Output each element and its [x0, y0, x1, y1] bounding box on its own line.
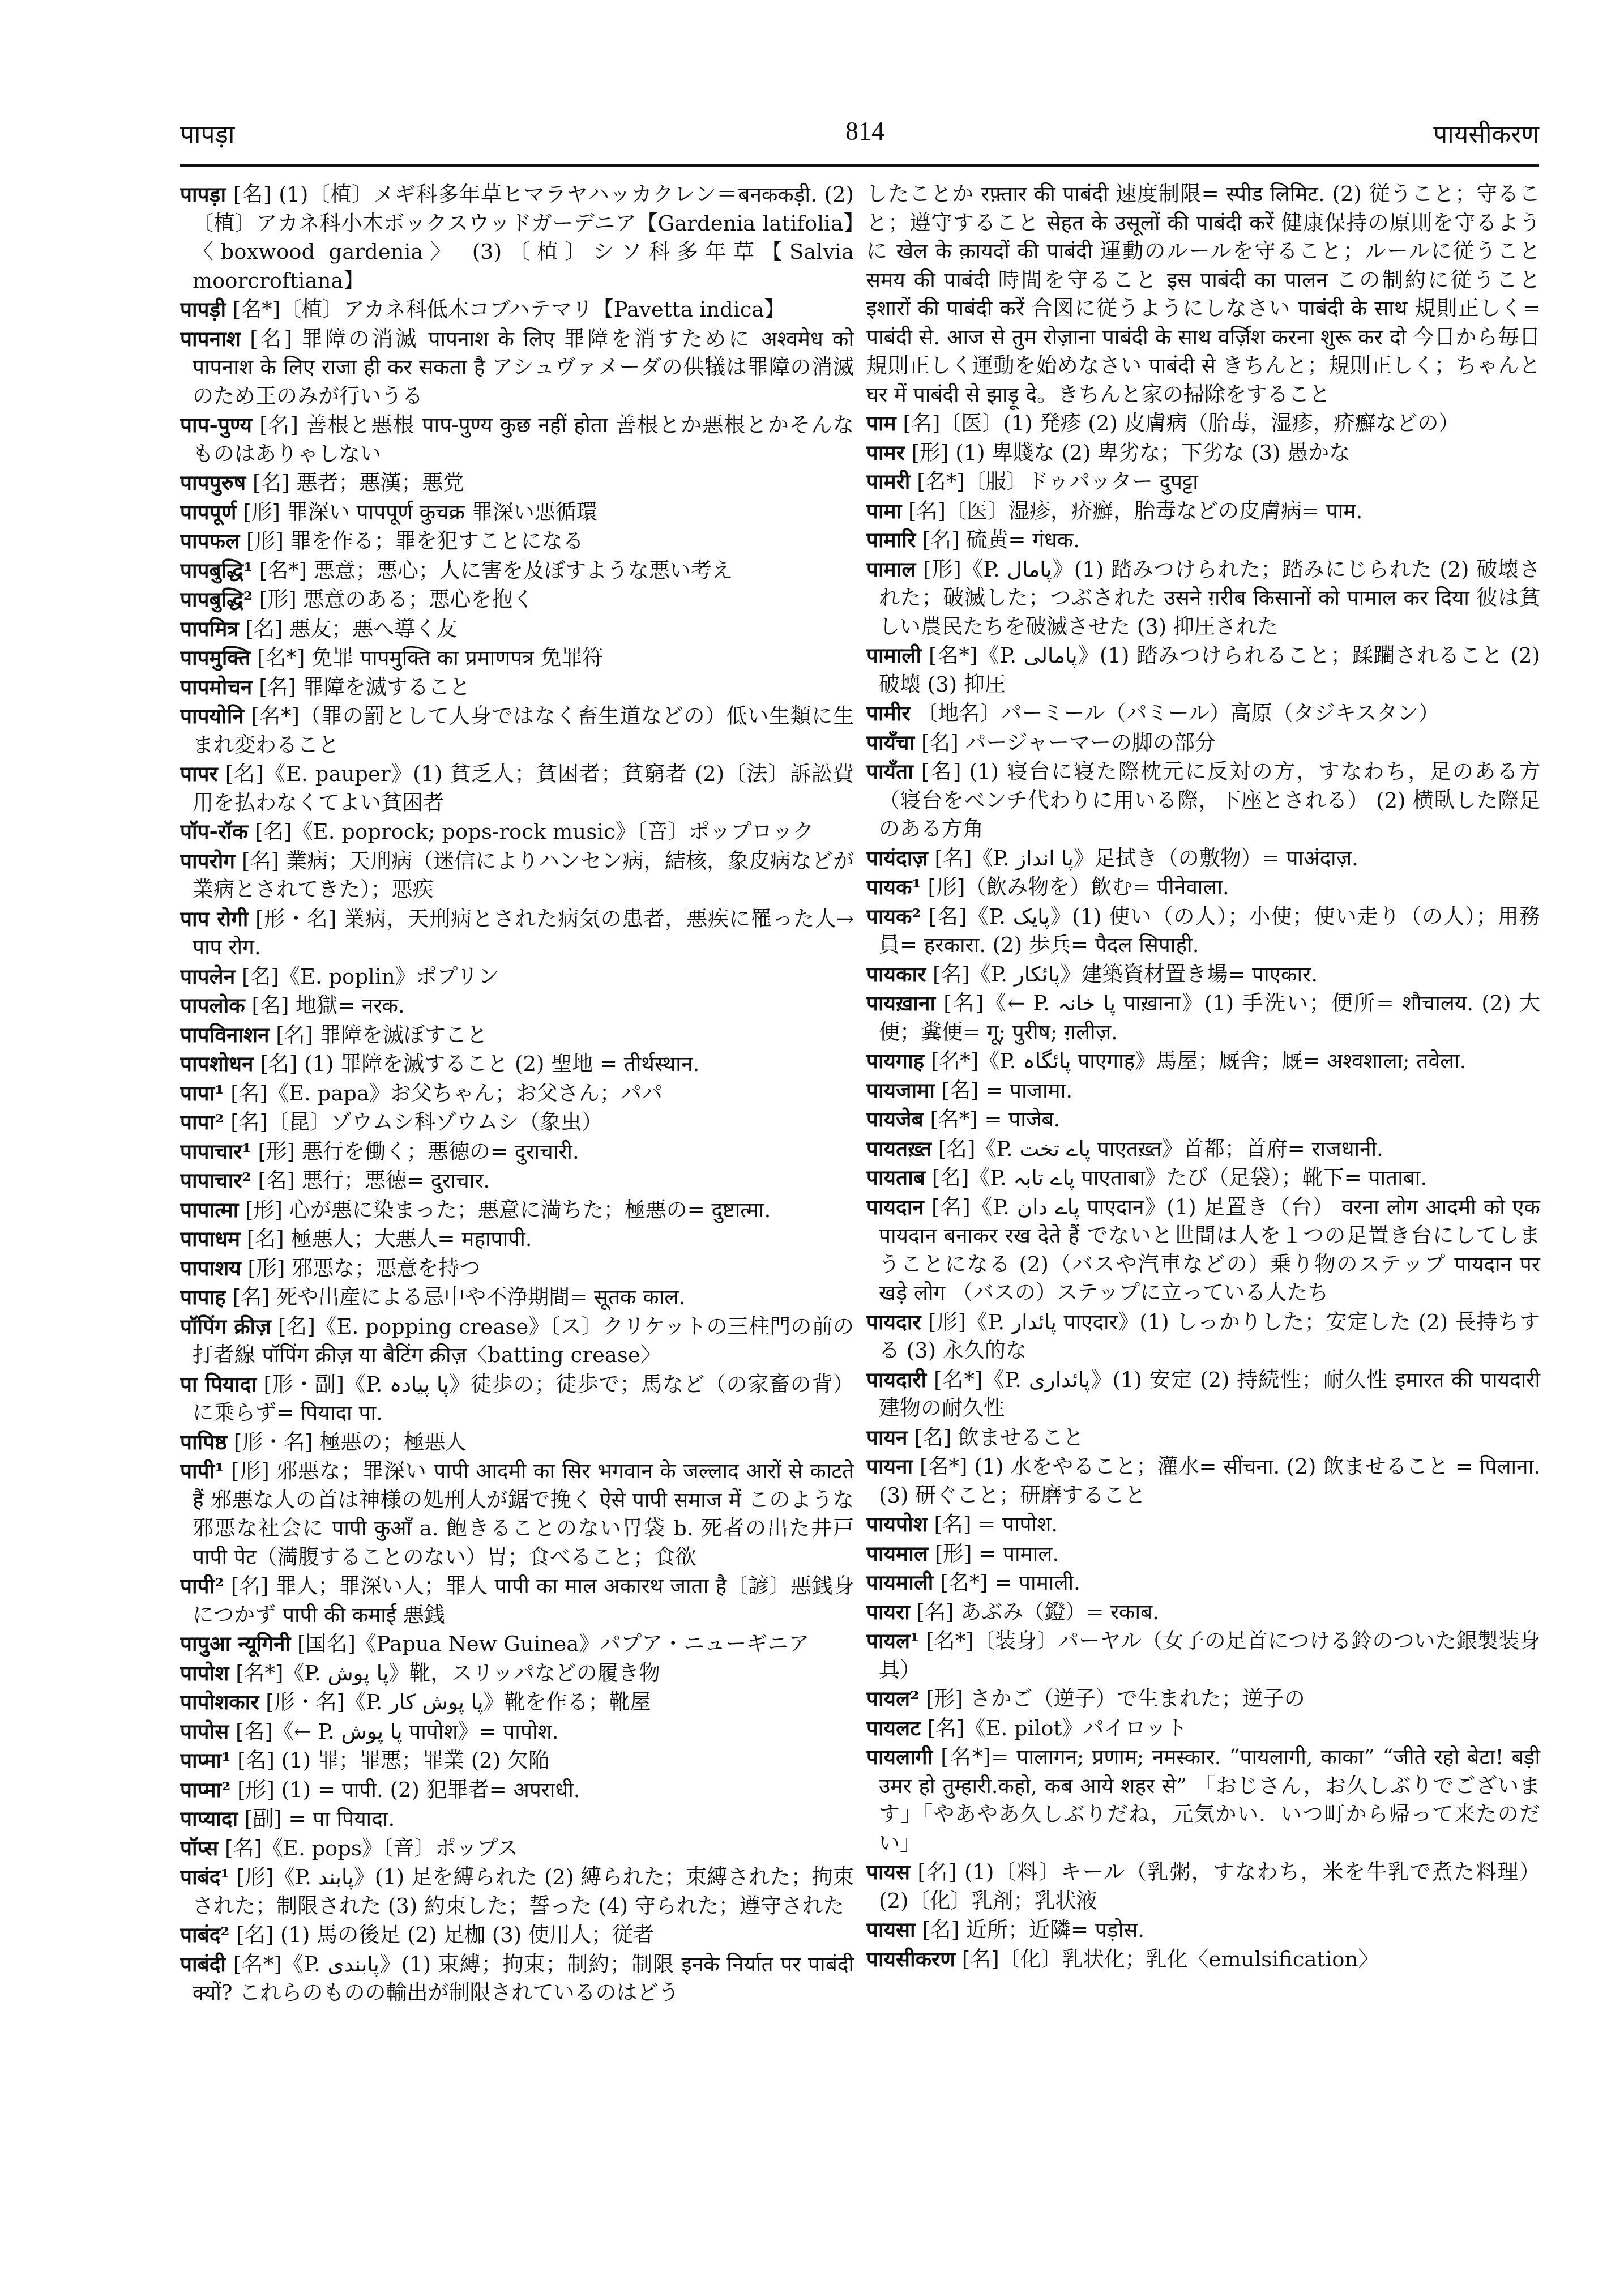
dictionary-entry: पापा² [名]〔昆〕ゾウムシ科ゾウムシ（象虫） [180, 1108, 854, 1137]
dictionary-entry: पाबंद² [名] (1) 馬の後足 (2) 足枷 (3) 使用人；従者 [180, 1920, 854, 1950]
entry-definition: [名]《E. pilot》パイロット [928, 1716, 1187, 1740]
dictionary-entry: पायँचा [名] パージャーマーの脚の部分 [866, 728, 1540, 758]
entry-headword: पापपूर्ण [180, 500, 236, 524]
entry-definition: [名] 善根と悪根 पाप-पुण्य कुछ नहीं होता 善根とか悪根… [193, 413, 854, 466]
entry-headword: पायन [866, 1425, 908, 1450]
dictionary-entry: पापविनाशन [名] 罪障を滅ぼすこと [180, 1021, 854, 1050]
dictionary-entry: पापबुद्धि² [形] 悪意のある；悪心を抱く [180, 585, 854, 614]
entry-headword: पापलोक [180, 993, 245, 1018]
entry-definition: [名] 地獄= नरक. [251, 993, 404, 1018]
entry-headword: पापबुद्धि¹ [180, 558, 253, 583]
dictionary-entry: पायस [名] (1)〔料〕キール（乳粥，すなわち，米を牛乳で煮た料理） (2… [866, 1858, 1540, 1915]
entry-headword: पापात्मा [180, 1197, 238, 1222]
dictionary-entry: पापयोनि [名*]（罪の罰として人身ではなく畜生道などの）低い生類に生まれ… [180, 702, 854, 759]
entry-definition: [名]〔化〕乳状化；乳化〈emulsification〉 [962, 1947, 1379, 1971]
entry-definition: [名] (1) 寝台に寝た際枕元に反対の方，すなわち，足のある方（寝台をベンチ代… [879, 759, 1540, 841]
entry-headword: पॉपिंग क्रीज़ [180, 1314, 271, 1339]
dictionary-entry: पाप्मा² [形] (1) = पापी. (2) 犯罪者= अपराधी. [180, 1775, 854, 1805]
entry-definition: [形] 心が悪に染まった；悪意に満ちた；極悪の= दुष्टात्मा. [245, 1198, 771, 1222]
dictionary-entry: पापबुद्धि¹ [名*] 悪意；悪心；人に害を及ぼすような悪い考え [180, 556, 854, 586]
entry-definition: [名] 硫黄= गंधक. [922, 528, 1080, 552]
entry-definition: [名]《E. poprock; pops-rock music》〔音〕ポップロッ… [255, 820, 814, 844]
entry-headword: पाबंद² [180, 1922, 230, 1947]
entry-definition: [名]《← P. پا خانہ पाख़ाना》(1) 手洗い；便所= शौच… [879, 991, 1540, 1044]
dictionary-entry: पायलागी [名*]= पालागन; प्रणाम; नमस्कार. “… [866, 1743, 1540, 1858]
entry-definition: [名]《P. پاے دان पाएदान》(1) 足置き（台） वरना लो… [879, 1195, 1540, 1305]
entry-definition: [名] 罪人；罪深い人；罪人 पापी का माल अकारथ जाता है… [193, 1574, 854, 1627]
entry-headword: पापाचार¹ [180, 1139, 251, 1164]
entry-headword: पापड़ी [180, 297, 226, 322]
entry-definition: [名] 悪友；悪へ導く友 [246, 617, 458, 641]
entry-definition: [名]〔昆〕ゾウムシ科ゾウムシ（象虫） [230, 1110, 602, 1134]
entry-headword: पापनाश [180, 326, 241, 351]
entry-definition: [名]《E. pops》〔音〕ポップス [225, 1836, 518, 1860]
entry-headword: पामरी [866, 469, 910, 494]
dictionary-entry: पाप-पुण्य [名] 善根と悪根 पाप-पुण्य कुछ नहीं ह… [180, 411, 854, 468]
dictionary-entry: पापा¹ [名]《E. papa》お父ちゃん；お父さん；パパ [180, 1079, 854, 1108]
entry-headword: पायजेब [866, 1107, 924, 1132]
dictionary-entry: पापलेन [名]《E. poplin》ポプリン [180, 962, 854, 992]
entry-headword: पायक¹ [866, 874, 921, 899]
entry-definition: [副] = पा पियादा. [245, 1807, 395, 1831]
entry-headword: पापोस [180, 1719, 229, 1744]
dictionary-entry: पायदार [形]《P. پائدار पाएदार》(1) しっかりした；安… [866, 1308, 1540, 1365]
entry-headword: पायदान [866, 1194, 924, 1219]
dictionary-entry: पापाह [名] 死や出産による忌中や不浄期間= सूतक काल. [180, 1283, 854, 1312]
entry-definition: [名] (1) 罪；罪悪；罪業 (2) 欠陥 [237, 1748, 549, 1773]
dictionary-entry: पायन [名] 飲ませること [866, 1423, 1540, 1453]
entry-definition: [形]《P. پابند》(1) 足を縛られた (2) 縛られた；束縛された；拘… [193, 1865, 854, 1918]
entry-definition: [名] 悪行；悪徳= दुराचार. [258, 1168, 490, 1193]
entry-headword: पापी¹ [180, 1458, 224, 1483]
dictionary-entry: पायतख़्त [名]《P. پاے تخت पाएतख़्त》首都；首府= … [866, 1134, 1540, 1164]
dictionary-entry: पायरा [名] あぶみ（鐙）= रकाब. [866, 1598, 1540, 1627]
dictionary-entry: पामीर 〔地名〕パーミール（パミール）高原（タジキスタン） [866, 699, 1540, 728]
dictionary-entry: पापी¹ [形] 邪悪な；罪深い पापी आदमी का सिर भगवान… [180, 1457, 854, 1572]
entry-definition: [名]《E. pauper》(1) 貧乏人；貧困者；貧窮者 (2)〔法〕訴訟費用… [193, 762, 854, 815]
entry-definition: [名] (1) 馬の後足 (2) 足枷 (3) 使用人；従者 [236, 1923, 654, 1947]
entry-definition: [名] 罪障を滅ぼすこと [276, 1023, 488, 1047]
entry-definition: [形・名] 業病，天刑病とされた病気の患者，悪疾に罹った人→ पाप रोग. [193, 907, 854, 960]
dictionary-entry: पामारि [名] 硫黄= गंधक. [866, 526, 1540, 555]
entry-headword: पापमित्र [180, 616, 239, 641]
dictionary-entry: पापी² [名] 罪人；罪深い人；罪人 पापी का माल अकारथ ज… [180, 1572, 854, 1629]
dictionary-entry: पायगाह [名*]《P. پائگاہ पाएगाह》馬屋；厩舎；厩= अश… [866, 1047, 1540, 1076]
entry-definition: [名] (1) 罪障を滅すること (2) 聖地 = तीर्थस्थान. [260, 1052, 699, 1076]
entry-definition: [名]《P. پا انداز》足拭き（の敷物）= पाअंदाज़. [935, 846, 1358, 870]
entry-definition: [名] 罪障を滅すること [259, 675, 471, 699]
entry-definition: [名*] 悪意；悪心；人に害を及ぼすような悪い考え [259, 558, 733, 583]
guide-word-right: पायसीकरण [1433, 116, 1539, 150]
entry-headword: पापा² [180, 1109, 224, 1134]
dictionary-entry: पामाल [形]《P. پامال》(1) 踏みつけられた；踏みにじられた (… [866, 555, 1540, 642]
entry-headword: पॉप्स [180, 1836, 218, 1860]
entry-headword: पापशोधन [180, 1051, 254, 1076]
dictionary-entry: पापमित्र [名] 悪友；悪へ導く友 [180, 614, 854, 644]
dictionary-entry: पापड़ी [名*]〔植〕アカネ科低木コブハテマリ【Pavetta indic… [180, 295, 854, 325]
dictionary-entry: पापनाश [名] 罪障の消滅 पापनाश के लिए 罪障を消すために … [180, 325, 854, 411]
dictionary-entry: पापशोधन [名] (1) 罪障を滅すること (2) 聖地 = तीर्थस… [180, 1049, 854, 1079]
guide-word-left: पापड़ा [180, 116, 234, 150]
dictionary-entry: पायसा [名] 近所；近隣= पड़ोस. [866, 1915, 1540, 1945]
entry-definition: [名]《E. popping crease》〔ス〕クリケットの三柱門の前の打者線… [193, 1314, 854, 1368]
dictionary-entry: पापड़ा [名] (1)〔植〕メギ科多年草ヒマラヤハッカクレン＝बनककड़… [180, 180, 854, 295]
dictionary-entry: पायमाली [名*] = पामाली. [866, 1568, 1540, 1598]
entry-definition: [名] = पाजामा. [942, 1078, 1073, 1103]
entry-definition: [名*]《P. پابندی》(1) 束縛；拘束；制約；制限 इनके निर्… [193, 1952, 854, 2005]
entry-definition: [名*]= पालागन; प्रणाम; नमस्कार. “पायलागी,… [879, 1745, 1540, 1855]
entry-definition: [名] 死や出産による忌中や不浄期間= सूतक काल. [233, 1285, 686, 1309]
dictionary-entry: पामरी [名*]〔服〕ドゥパッター दुपट्टा [866, 467, 1540, 497]
entry-headword: पायक² [866, 904, 921, 929]
entry-headword: पाप रोगी [180, 906, 248, 931]
entry-headword: पायसा [866, 1917, 916, 1942]
dictionary-entry: पायना [名*] (1) 水をやること；灌水= सींचना. (2) 飲ま… [866, 1452, 1540, 1510]
dictionary-entry: पाम [名]〔医〕(1) 発疹 (2) 皮膚病（胎毒，湿疹，疥癬などの） [866, 409, 1540, 438]
entry-definition: [名]〔医〕(1) 発疹 (2) 皮膚病（胎毒，湿疹，疥癬などの） [903, 411, 1460, 436]
dictionary-entry: पापुआ न्यूगिनी [国名]《Papua New Guinea》パプア… [180, 1629, 854, 1659]
dictionary-entry: पापाधम [名] 極悪人；大悪人= महापापी. [180, 1224, 854, 1254]
entry-definition: [名*] 免罪 पापमुक्ति का प्रमाणपत्र 免罪符 [257, 646, 603, 670]
dictionary-entry: पा पियादा [形・副]《P. پا پیادہ》徒歩の；徒歩で；馬など（… [180, 1370, 854, 1428]
entry-headword: पापाधम [180, 1226, 240, 1251]
entry-headword: पामाल [866, 557, 916, 582]
dictionary-entry: पापफल [形] 罪を作る；罪を犯すことになる [180, 527, 854, 556]
entry-definition: [形] 邪悪な；罪深い पापी आदमी का सिर भगवान के जल… [193, 1459, 854, 1569]
dictionary-entry: पायकार [名]《P. پائکار》建築資材置き場= पाएकार. [866, 960, 1540, 989]
entry-definition: [名]《P. پائکار》建築資材置き場= पाएकार. [933, 962, 1318, 987]
entry-headword: पायपोश [866, 1512, 928, 1536]
entry-definition: [形] 邪悪な；悪意を持つ [248, 1256, 481, 1281]
entry-definition: [形・名] 極悪の；極悪人 [234, 1430, 467, 1454]
entry-headword: पापफल [180, 528, 240, 553]
entry-definition: [形] (1) 卑賤な (2) 卑劣な；下劣な (3) 愚かな [912, 441, 1351, 465]
dictionary-entry: पामा [名]〔医〕湿疹，疥癬，胎毒などの皮膚病= पाम. [866, 497, 1540, 526]
entry-definition: [形] 悪行を働く；悪徳の= दुराचारी. [258, 1139, 579, 1164]
dictionary-entry: पायमाल [形] = पामाल. [866, 1539, 1540, 1569]
dictionary-entry: पायदारी [名*]《P. پائداری》(1) 安定 (2) 持続性；耐… [866, 1365, 1540, 1423]
dictionary-entry: पायदान [名]《P. پاے دان पाएदान》(1) 足置き（台） … [866, 1193, 1540, 1308]
entry-definition: [名*]《P. پائگاہ पाएगाह》馬屋；厩舎；厩= अश्वशाला;… [931, 1049, 1467, 1073]
entry-definition: [名]《P. پاے تخت पाएतख़्त》首都；首府= राजधानी. [938, 1137, 1383, 1161]
dictionary-entry: पायताब [名]《P. پاے تابہ पाएताबा》たび（足袋）；靴下… [866, 1163, 1540, 1193]
entry-headword: पापोश [180, 1661, 229, 1685]
entry-headword: पायँता [866, 759, 913, 784]
entry-headword: पामारि [866, 527, 916, 552]
entry-definition: [国名]《Papua New Guinea》パプア・ニューギニア [297, 1632, 809, 1656]
entry-headword: पायकार [866, 962, 926, 987]
entry-headword: पापपुरुष [180, 470, 246, 495]
entry-headword: पापमुक्ति [180, 645, 250, 670]
entry-headword: पायख़ाना [866, 991, 935, 1015]
entry-definition: [名] 極悪人；大悪人= महापापी. [247, 1227, 532, 1251]
dictionary-entry: पामाली [名*]《P. پامالی》(1) 踏みつけられること；蹂躙され… [866, 641, 1540, 699]
entry-definition: [形] 罪深い पापपूर्ण कुचक्र 罪深い悪循環 [243, 500, 597, 524]
entry-definition: [名] 業病；天刑病（迷信によりハンセン病，結核，象皮病などが業病とされてきた）… [193, 849, 854, 902]
entry-definition: [名*]〔装身〕パーヤル（女子の足首につける鈴のついた銀製装身具） [879, 1629, 1540, 1682]
dictionary-entry: पायलट [名]《E. pilot》パイロット [866, 1714, 1540, 1743]
entry-headword: पायदार [866, 1309, 921, 1334]
entry-headword: पापुआ न्यूगिनी [180, 1631, 290, 1656]
entry-definition: [形]《P. پامال》(1) 踏みつけられた；踏みにじられた (2) 破壊さ… [879, 557, 1540, 639]
dictionary-entry: पापमुक्ति [名*] 免罪 पापमुक्ति का प्रमाणपत्… [180, 643, 854, 673]
dictionary-entry: पापपूर्ण [形] 罪深い पापपूर्ण कुचक्र 罪深い悪循環 [180, 498, 854, 527]
dictionary-entry: पापोशकार [形・名]《P. پا پوش کار》靴を作る；靴屋 [180, 1688, 854, 1717]
dictionary-entry: पाप रोगी [形・名] 業病，天刑病とされた病気の患者，悪疾に罹った人→ … [180, 904, 854, 962]
dictionary-entry: पापात्मा [形] 心が悪に染まった；悪意に満ちた；極悪の= दुष्टा… [180, 1196, 854, 1225]
dictionary-entry: पाबंदी [名*]《P. پابندی》(1) 束縛；拘束；制約；制限 इन… [180, 1950, 854, 2008]
entry-headword: पामा [866, 498, 901, 523]
entry-headword: पायस [866, 1859, 910, 1884]
entry-definition: [名]《← P. پا پوش पापोश》= पापोश. [236, 1719, 559, 1744]
entry-headword: पायगाह [866, 1048, 924, 1073]
entry-definition: [名*]〔植〕アカネ科低木コブハテマリ【Pavetta indica】 [233, 297, 785, 322]
entry-headword: पाप-पुण्य [180, 412, 252, 437]
entry-definition: [名*]（罪の罰として人身ではなく畜生道などの）低い生類に生まれ変わること [193, 704, 854, 757]
entry-headword: पायना [866, 1454, 913, 1479]
entry-headword: पा पियादा [180, 1372, 257, 1397]
entry-definition: [名]《P. پایک》(1) 使い（の人）；小使；使い走り（の人）；用務員= … [879, 904, 1540, 958]
dictionary-entry: पाबंद¹ [形]《P. پابند》(1) 足を縛られた (2) 縛られた；… [180, 1863, 854, 1920]
page-number: 814 [845, 116, 884, 146]
entry-headword: पामाली [866, 643, 921, 668]
entry-headword: पामर [866, 440, 905, 465]
entry-headword: पापड़ा [180, 182, 226, 207]
entry-definition: [名] = पापोश. [934, 1512, 1058, 1536]
dictionary-entry: पापरोग [名] 業病；天刑病（迷信によりハンセン病，結核，象皮病などが業病… [180, 847, 854, 904]
entry-headword: पापयोनि [180, 703, 244, 728]
entry-definition: [名]〔医〕湿疹，疥癬，胎毒などの皮膚病= पाम. [908, 499, 1362, 523]
entry-headword: पाम [866, 411, 896, 436]
dictionary-entry: पापाचार¹ [形] 悪行を働く；悪徳の= दुराचारी. [180, 1137, 854, 1167]
entry-definition: [名] (1)〔料〕キール（乳粥，すなわち，米を牛乳で煮た料理） (2)〔化〕乳… [879, 1860, 1540, 1913]
dictionary-entry: पॉपिंग क्रीज़ [名]《E. popping crease》〔ス〕ク… [180, 1312, 854, 1370]
dictionary-entry: पायल¹ [名*]〔装身〕パーヤル（女子の足首につける鈴のついた銀製装身具） [866, 1627, 1540, 1684]
entry-headword: पापमोचन [180, 675, 252, 699]
dictionary-entry: पामर [形] (1) 卑賤な (2) 卑劣な；下劣な (3) 愚かな [866, 438, 1540, 468]
entry-definition: したことか रफ़्तार की पाबंदी 速度制限= स्पीड लिमि… [866, 182, 1540, 407]
entry-headword: पायमाली [866, 1570, 933, 1595]
dictionary-entry: पापिष्ठ [形・名] 極悪の；極悪人 [180, 1428, 854, 1457]
entry-headword: पाप्मा¹ [180, 1748, 230, 1773]
entry-headword: पापा¹ [180, 1081, 224, 1106]
dictionary-entry: पापोश [名*]《P. پا پوش》靴，スリッパなどの履き物 [180, 1659, 854, 1688]
entry-headword: पायलट [866, 1715, 921, 1740]
dictionary-entry: पायंदाज़ [名]《P. پا انداز》足拭き（の敷物）= पाअंद… [866, 844, 1540, 873]
dictionary-entry: पायल² [形] さかご（逆子）で生まれた；逆子の [866, 1684, 1540, 1714]
entry-definition: [名*] = पाजेब. [930, 1107, 1060, 1132]
entry-definition: [名] 悪者；悪漢；悪党 [253, 471, 464, 495]
entry-definition: [形] (1) = पापी. (2) 犯罪者= अपराधी. [237, 1778, 580, 1802]
entry-headword: पापाशय [180, 1256, 241, 1281]
entry-definition: [名]《E. poplin》ポプリン [242, 964, 499, 989]
entry-headword: पापविनाशन [180, 1022, 270, 1047]
entry-headword: पापोशकार [180, 1689, 259, 1714]
entry-headword: पायजामा [866, 1078, 935, 1103]
entry-headword: पायसीकरण [866, 1947, 955, 1971]
dictionary-entry: पॉप्स [名]《E. pops》〔音〕ポップス [180, 1834, 854, 1863]
dictionary-entry: पायख़ाना [名]《← P. پا خانہ पाख़ाना》(1) 手洗… [866, 989, 1540, 1047]
entry-headword: पापलेन [180, 964, 235, 989]
left-column: पापड़ा [名] (1)〔植〕メギ科多年草ヒマラヤハッカクレン＝बनककड़… [180, 180, 854, 2008]
entry-headword: पापरोग [180, 848, 235, 873]
dictionary-entry: पापाचार² [名] 悪行；悪徳= दुराचार. [180, 1166, 854, 1196]
entry-definition: [名*]《P. پامالی》(1) 踏みつけられること；蹂躙されること (2)… [879, 643, 1540, 697]
entry-headword: पापी² [180, 1573, 224, 1598]
entry-headword: पामीर [866, 701, 910, 725]
entry-definition: 〔地名〕パーミール（パミール）高原（タジキスタン） [917, 701, 1439, 725]
entry-headword: पापर [180, 761, 218, 786]
dictionary-entry: पॉप-रॉक [名]《E. poprock; pops-rock music》… [180, 817, 854, 847]
entry-definition: [名] あぶみ（鐙）= रकाब. [917, 1600, 1159, 1624]
entry-headword: पाबंद¹ [180, 1864, 230, 1889]
entry-headword: पायल² [866, 1686, 919, 1711]
entry-headword: पाप्मा² [180, 1777, 230, 1802]
entry-headword: पायल¹ [866, 1628, 919, 1653]
entry-headword: पाप्यादा [180, 1806, 238, 1831]
entry-definition: [形] 悪意のある；悪心を抱く [259, 587, 534, 612]
entry-headword: पायँचा [866, 730, 914, 755]
entry-definition: [名]《P. پاے تابہ पाएताबा》たび（足袋）；靴下= पाताब… [932, 1166, 1428, 1190]
entry-definition: [形] さかご（逆子）で生まれた；逆子の [926, 1687, 1305, 1711]
entry-definition: [名*]《P. پائداری》(1) 安定 (2) 持続性；耐久性 इमारत… [879, 1368, 1540, 1421]
dictionary-entry: पायक² [名]《P. پایک》(1) 使い（の人）；小使；使い走り（の人）… [866, 902, 1540, 960]
entry-definition: [形]（飲み物を）飲む= पीनेवाला. [928, 875, 1229, 899]
entry-headword: पायरा [866, 1599, 910, 1624]
entry-definition: [形]《P. پائدار पाएदार》(1) しっかりした；安定した (2)… [879, 1310, 1540, 1363]
entry-headword: पापाचार² [180, 1168, 251, 1193]
dictionary-entry: したことか रफ़्तार की पाबंदी 速度制限= स्पीड लिमि… [866, 180, 1540, 409]
page-header: पापड़ा 814 पायसीकरण [180, 110, 1539, 156]
entry-headword: पायमाल [866, 1541, 928, 1566]
entry-headword: पापाह [180, 1284, 226, 1309]
entry-definition: [形・副]《P. پا پیادہ》徒歩の；徒歩で；馬など（の家畜の背）に乗らず… [193, 1372, 854, 1425]
entry-definition: [名] (1)〔植〕メギ科多年草ヒマラヤハッカクレン＝बनककड़ी. (2)〔… [193, 182, 854, 293]
entry-headword: पायदारी [866, 1367, 926, 1392]
entry-definition: [名*] = पामाली. [940, 1570, 1080, 1595]
entry-definition: [名*]〔服〕ドゥパッター दुपट्टा [917, 470, 1198, 494]
entry-definition: [形] 罪を作る；罪を犯すことになる [246, 529, 584, 553]
dictionary-entry: पायजेब [名*] = पाजेब. [866, 1105, 1540, 1134]
right-column: したことか रफ़्तार की पाबंदी 速度制限= स्पीड लिमि… [866, 180, 1540, 1974]
entry-headword: पाबंदी [180, 1952, 226, 1977]
dictionary-entry: पापर [名]《E. pauper》(1) 貧乏人；貧困者；貧窮者 (2)〔法… [180, 759, 854, 817]
dictionary-entry: पायजामा [名] = पाजामा. [866, 1076, 1540, 1106]
entry-definition: [名]《E. papa》お父ちゃん；お父さん；パパ [230, 1081, 663, 1106]
dictionary-entry: पायक¹ [形]（飲み物を）飲む= पीनेवाला. [866, 873, 1540, 902]
entry-definition: [形・名]《P. پا پوش کار》靴を作る；靴屋 [266, 1690, 651, 1714]
entry-headword: पायताब [866, 1165, 925, 1190]
entry-headword: पॉप-रॉक [180, 819, 248, 844]
entry-headword: पायलागी [866, 1744, 933, 1769]
header-rule [180, 164, 1539, 167]
entry-definition: [形] = पामाल. [935, 1542, 1059, 1566]
dictionary-entry: पाप्मा¹ [名] (1) 罪；罪悪；罪業 (2) 欠陥 [180, 1746, 854, 1775]
entry-definition: [名] パージャーマーの脚の部分 [921, 731, 1216, 755]
dictionary-entry: पाप्यादा [副] = पा पियादा. [180, 1804, 854, 1834]
entry-headword: पायंदाज़ [866, 846, 928, 870]
dictionary-entry: पापमोचन [名] 罪障を滅すること [180, 673, 854, 702]
entry-definition: [名*]《P. پا پوش》靴，スリッパなどの履き物 [236, 1661, 660, 1685]
entry-headword: पायतख़्त [866, 1136, 931, 1161]
entry-definition: [名*] (1) 水をやること；灌水= सींचना. (2) 飲ませること =… [879, 1454, 1540, 1508]
dictionary-entry: पापाशय [形] 邪悪な；悪意を持つ [180, 1254, 854, 1283]
entry-definition: [名] 近所；近隣= पड़ोस. [922, 1918, 1144, 1942]
dictionary-entry: पापलोक [名] 地獄= नरक. [180, 991, 854, 1021]
dictionary-entry: पापोस [名]《← P. پا پوش पापोश》= पापोश. [180, 1717, 854, 1747]
dictionary-entry: पायसीकरण [名]〔化〕乳状化；乳化〈emulsification〉 [866, 1945, 1540, 1974]
entry-definition: [名] 罪障の消滅 पापनाश के लिए 罪障を消すために अश्वमेध… [193, 327, 854, 408]
entry-headword: पापबुद्धि² [180, 587, 253, 612]
entry-definition: [名] 飲ませること [914, 1425, 1084, 1450]
dictionary-entry: पापपुरुष [名] 悪者；悪漢；悪党 [180, 468, 854, 498]
entry-headword: पापिष्ठ [180, 1429, 227, 1454]
dictionary-entry: पायपोश [名] = पापोश. [866, 1510, 1540, 1539]
dictionary-entry: पायँता [名] (1) 寝台に寝た際枕元に反対の方，すなわち，足のある方（… [866, 757, 1540, 844]
